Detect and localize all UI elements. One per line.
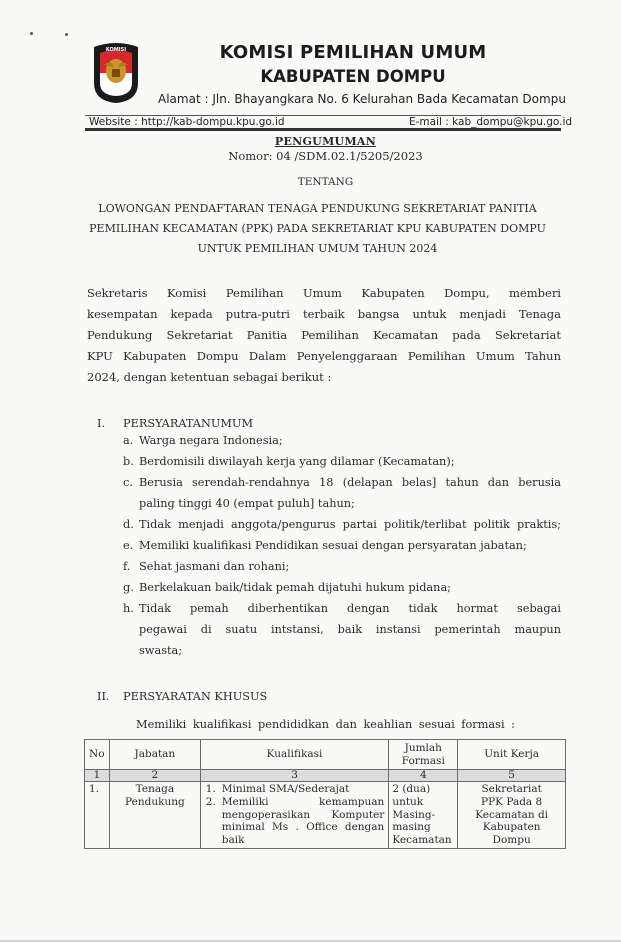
item-text: Berkelakuan baik/tidak pemah dijatuhi hu… bbox=[139, 578, 561, 599]
intro-line: kesempatan kepada putra-putri terbaik ba… bbox=[87, 304, 561, 325]
cell-line: PPK Pada 8 bbox=[458, 796, 565, 809]
announcement-title: PENGUMUMAN bbox=[0, 135, 621, 148]
cell-line: Kecamatan bbox=[392, 834, 457, 847]
requirement-item: f. Sehat jasmani dan rohani; bbox=[123, 557, 561, 578]
org-name-line2: KABUPATEN DOMPU bbox=[0, 67, 621, 86]
intro-line: 2024, dengan ketentuan sebagai berikut : bbox=[87, 367, 561, 388]
requirement-item: h. Tidak pemah diberhentikan dengan tida… bbox=[123, 599, 561, 620]
item-text: paling tinggi 40 (empat puluh] tahun; bbox=[139, 494, 561, 515]
qualification-text: Memiliki kemampuan bbox=[222, 796, 385, 808]
item-text: Sehat jasmani dan rohani; bbox=[139, 557, 561, 578]
about-label: TENTANG bbox=[0, 176, 621, 188]
section-special-intro: Memiliki kualifikasi pendididkan dan kea… bbox=[136, 718, 515, 731]
formation-table: No Jabatan Kualifikasi Jumlah Formasi Un… bbox=[84, 739, 566, 849]
document-page: KOMISI KOMISI PEMILIHAN UMUM KABUPATEN D… bbox=[0, 0, 621, 942]
header-kualifikasi: Kualifikasi bbox=[200, 740, 389, 770]
requirement-item: e. Memiliki kualifikasi Pendidikan sesua… bbox=[123, 536, 561, 557]
item-text: Warga negara Indonesia; bbox=[139, 431, 561, 452]
cell-line: masing bbox=[392, 821, 457, 834]
header-unit-kerja: Unit Kerja bbox=[458, 740, 566, 770]
requirement-item-continued: paling tinggi 40 (empat puluh] tahun; bbox=[123, 494, 561, 515]
cell-line: 2 (dua) bbox=[392, 783, 457, 796]
column-number-row: 1 2 3 4 5 bbox=[85, 770, 566, 782]
website-link[interactable]: Website : http://kab-dompu.kpu.go.id bbox=[89, 116, 285, 128]
item-text: pegawai di suatu intstansi, baik instans… bbox=[139, 620, 561, 641]
header-no: No bbox=[85, 740, 110, 770]
letterhead-rule-thick bbox=[85, 128, 561, 131]
item-letter: e. bbox=[123, 536, 133, 557]
scan-speck bbox=[65, 33, 68, 36]
cell-jabatan: Tenaga Pendukung bbox=[109, 782, 200, 849]
header-jabatan: Jabatan bbox=[109, 740, 200, 770]
requirement-item-continued: pegawai di suatu intstansi, baik instans… bbox=[123, 620, 561, 641]
item-text: swasta; bbox=[139, 641, 561, 662]
cell-line: Kecamatan di bbox=[458, 809, 565, 822]
item-text: Berusia serendah-rendahnya 18 (delapan b… bbox=[139, 473, 561, 494]
section-title: PERSYARATANUMUM bbox=[123, 417, 253, 430]
qualification-text: mengoperasikan Komputer minimal Ms . Off… bbox=[222, 809, 385, 847]
cell-line: Kabupaten bbox=[458, 821, 565, 834]
header-jumlah-line: Jumlah bbox=[389, 742, 457, 755]
item-letter: a. bbox=[123, 431, 133, 452]
item-text: Tidak pemah diberhentikan dengan tidak h… bbox=[139, 599, 561, 620]
item-text: Berdomisili diwilayah kerja yang dilamar… bbox=[139, 452, 561, 473]
org-address: Alamat : Jln. Bhayangkara No. 6 Keluraha… bbox=[158, 92, 566, 106]
subject-line: UNTUK PEMILIHAN UMUM TAHUN 2024 bbox=[0, 242, 621, 255]
cell-line: Sekretariat bbox=[458, 783, 565, 796]
requirement-item: g. Berkelakuan baik/tidak pemah dijatuhi… bbox=[123, 578, 561, 599]
cell-line: untuk bbox=[392, 796, 457, 809]
cell-line: Pendukung bbox=[110, 796, 200, 809]
header-formasi-line: Formasi bbox=[389, 755, 457, 768]
item-text: Tidak menjadi anggota/pengurus partai po… bbox=[139, 515, 561, 536]
qualification-item: 2. Memiliki kemampuan mengoperasikan Kom… bbox=[206, 796, 385, 847]
section-number: II. bbox=[97, 690, 110, 703]
email-link[interactable]: E-mail : kab_dompu@kpu.go.id bbox=[409, 116, 572, 128]
requirement-item-continued: swasta; bbox=[123, 641, 561, 662]
column-number: 3 bbox=[200, 770, 389, 782]
subject-line: PEMILIHAN KECAMATAN (PPK) PADA SEKRETARI… bbox=[0, 222, 621, 235]
table-row: 1. Tenaga Pendukung 1. Minimal SMA/Seder… bbox=[85, 782, 566, 849]
section-title: PERSYARATAN KHUSUS bbox=[123, 690, 267, 703]
header-jumlah-formasi: Jumlah Formasi bbox=[389, 740, 458, 770]
item-letter: h. bbox=[123, 599, 134, 620]
table-header-row: No Jabatan Kualifikasi Jumlah Formasi Un… bbox=[85, 740, 566, 770]
subject-line: LOWONGAN PENDAFTARAN TENAGA PENDUKUNG SE… bbox=[0, 202, 621, 215]
cell-kualifikasi: 1. Minimal SMA/Sederajat 2. Memiliki kem… bbox=[200, 782, 389, 849]
column-number: 1 bbox=[85, 770, 110, 782]
qualification-item: 1. Minimal SMA/Sederajat bbox=[206, 783, 385, 796]
qualification-number: 2. bbox=[206, 796, 216, 809]
intro-line: Pendukung Sekretariat Panitia Pemilihan … bbox=[87, 325, 561, 346]
item-letter: g. bbox=[123, 578, 134, 599]
requirement-item: d. Tidak menjadi anggota/pengurus partai… bbox=[123, 515, 561, 536]
intro-line: KPU Kabupaten Dompu Dalam Penyelenggaraa… bbox=[87, 346, 561, 367]
qualification-number: 1. bbox=[206, 783, 216, 796]
announcement-number: Nomor: 04 /SDM.02.1/5205/2023 bbox=[0, 149, 621, 163]
item-letter: b. bbox=[123, 452, 134, 473]
column-number: 4 bbox=[389, 770, 458, 782]
cell-jumlah-formasi: 2 (dua) untuk Masing- masing Kecamatan bbox=[389, 782, 458, 849]
requirement-item: b. Berdomisili diwilayah kerja yang dila… bbox=[123, 452, 561, 473]
requirement-item: c. Berusia serendah-rendahnya 18 (delapa… bbox=[123, 473, 561, 494]
item-letter: d. bbox=[123, 515, 134, 536]
qualification-list: 1. Minimal SMA/Sederajat 2. Memiliki kem… bbox=[201, 783, 389, 847]
requirement-item: a. Warga negara Indonesia; bbox=[123, 431, 561, 452]
item-letter: c. bbox=[123, 473, 133, 494]
cell-line: Tenaga bbox=[110, 783, 200, 796]
cell-line: Masing- bbox=[392, 809, 457, 822]
item-letter: f. bbox=[123, 557, 130, 578]
section-number: I. bbox=[97, 417, 105, 430]
column-number: 2 bbox=[109, 770, 200, 782]
cell-no: 1. bbox=[85, 782, 110, 849]
column-number: 5 bbox=[458, 770, 566, 782]
cell-line: Dompu bbox=[458, 834, 565, 847]
item-text: Memiliki kualifikasi Pendidikan sesuai d… bbox=[139, 536, 561, 557]
intro-line: Sekretaris Komisi Pemilihan Umum Kabupat… bbox=[87, 283, 561, 304]
qualification-text: Minimal SMA/Sederajat bbox=[222, 783, 350, 795]
scan-speck bbox=[30, 32, 33, 35]
org-name-line1: KOMISI PEMILIHAN UMUM bbox=[0, 42, 621, 63]
cell-unit-kerja: Sekretariat PPK Pada 8 Kecamatan di Kabu… bbox=[458, 782, 566, 849]
